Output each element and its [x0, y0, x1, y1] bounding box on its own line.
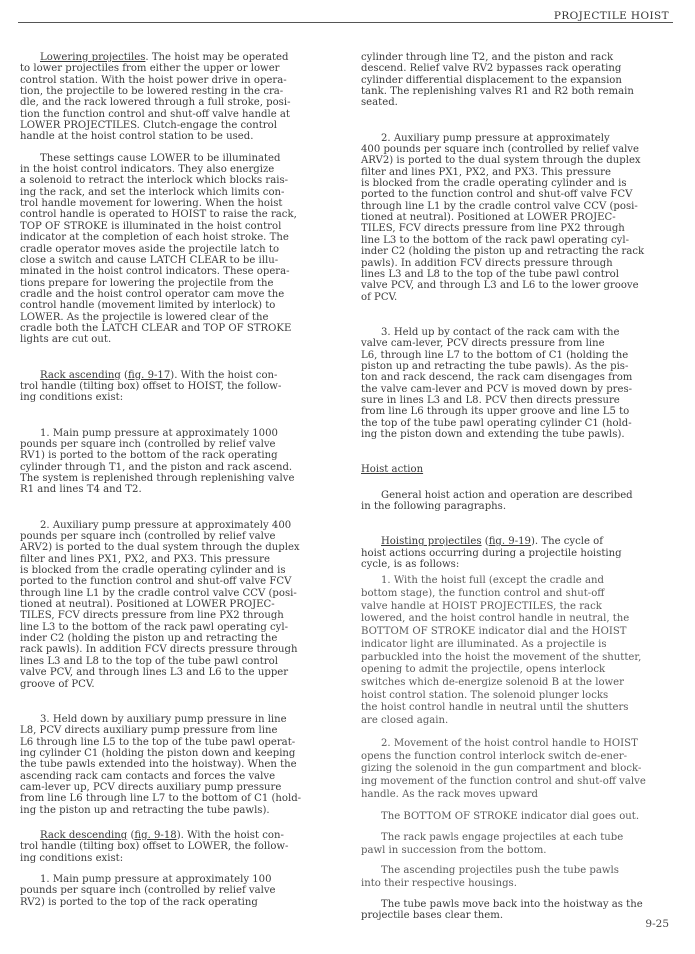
paragraph-ascending-projectiles: The ascending projectiles push the tube … [361, 865, 683, 890]
paragraph-rack-pawls: The rack pawls engage projectiles at eac… [361, 832, 683, 857]
section-heading-hoisting: Hoisting projectiles [381, 536, 482, 547]
list-item-ascending-2: 2. Auxiliary pump pressure at approximat… [20, 520, 345, 690]
list-item-descending-1: 1. Main pump pressure at approximately 1… [20, 874, 345, 908]
paragraph-lowering-projectiles: Lowering projectiles. The hoist may be o… [20, 52, 345, 143]
paragraph-hoisting-projectiles: Hoisting projectiles (fig. 9-19). The cy… [361, 536, 683, 570]
section-heading-hoist-action: Hoist action [361, 464, 683, 475]
left-column: Lowering projectiles. The hoist may be o… [20, 52, 345, 908]
list-item-descending-3: 3. Held up by contact of the rack cam wi… [361, 327, 683, 440]
figure-reference[interactable]: fig. 9-17 [128, 370, 170, 381]
list-item-ascending-1: 1. Main pump pressure at approximately 1… [20, 428, 345, 496]
section-heading-rack-ascending: Rack ascending [40, 370, 121, 381]
list-item-descending-1-continued: cylinder through line T2, and the piston… [361, 52, 683, 109]
list-item-descending-2: 2. Auxiliary pump pressure at approximat… [361, 133, 683, 303]
figure-reference[interactable]: fig. 9-19 [489, 536, 531, 547]
section-hoist-action: Hoist action General hoist action and op… [361, 464, 683, 512]
right-column: cylinder through line T2, and the piston… [361, 52, 683, 922]
paragraph-settings: These settings cause LOWER to be illumin… [20, 153, 345, 346]
paragraph-rack-descending: Rack descending (fig. 9-18). With the ho… [20, 830, 345, 864]
page-header: PROJECTILE HOIST [18, 8, 673, 23]
paragraph-bottom-of-stroke: The BOTTOM OF STROKE indicator dial goes… [361, 811, 683, 824]
list-item-ascending-3: 3. Held down by auxiliary pump pressure … [20, 714, 345, 816]
section-heading-rack-descending: Rack descending [40, 830, 127, 841]
paragraph-tube-pawls: The tube pawls move back into the hoistw… [361, 899, 683, 922]
figure-reference[interactable]: fig. 9-18 [134, 830, 176, 841]
list-item-hoisting-1: 1. With the hoist full (except the cradl… [361, 575, 683, 727]
page-number: 9-25 [645, 918, 669, 930]
section-heading-lowering: Lowering projectiles [40, 52, 145, 63]
paragraph-rack-ascending: Rack ascending (fig. 9-17). With the hoi… [20, 370, 345, 404]
running-title: PROJECTILE HOIST [554, 10, 669, 22]
list-item-hoisting-2: 2. Movement of the hoist control handle … [361, 738, 683, 802]
